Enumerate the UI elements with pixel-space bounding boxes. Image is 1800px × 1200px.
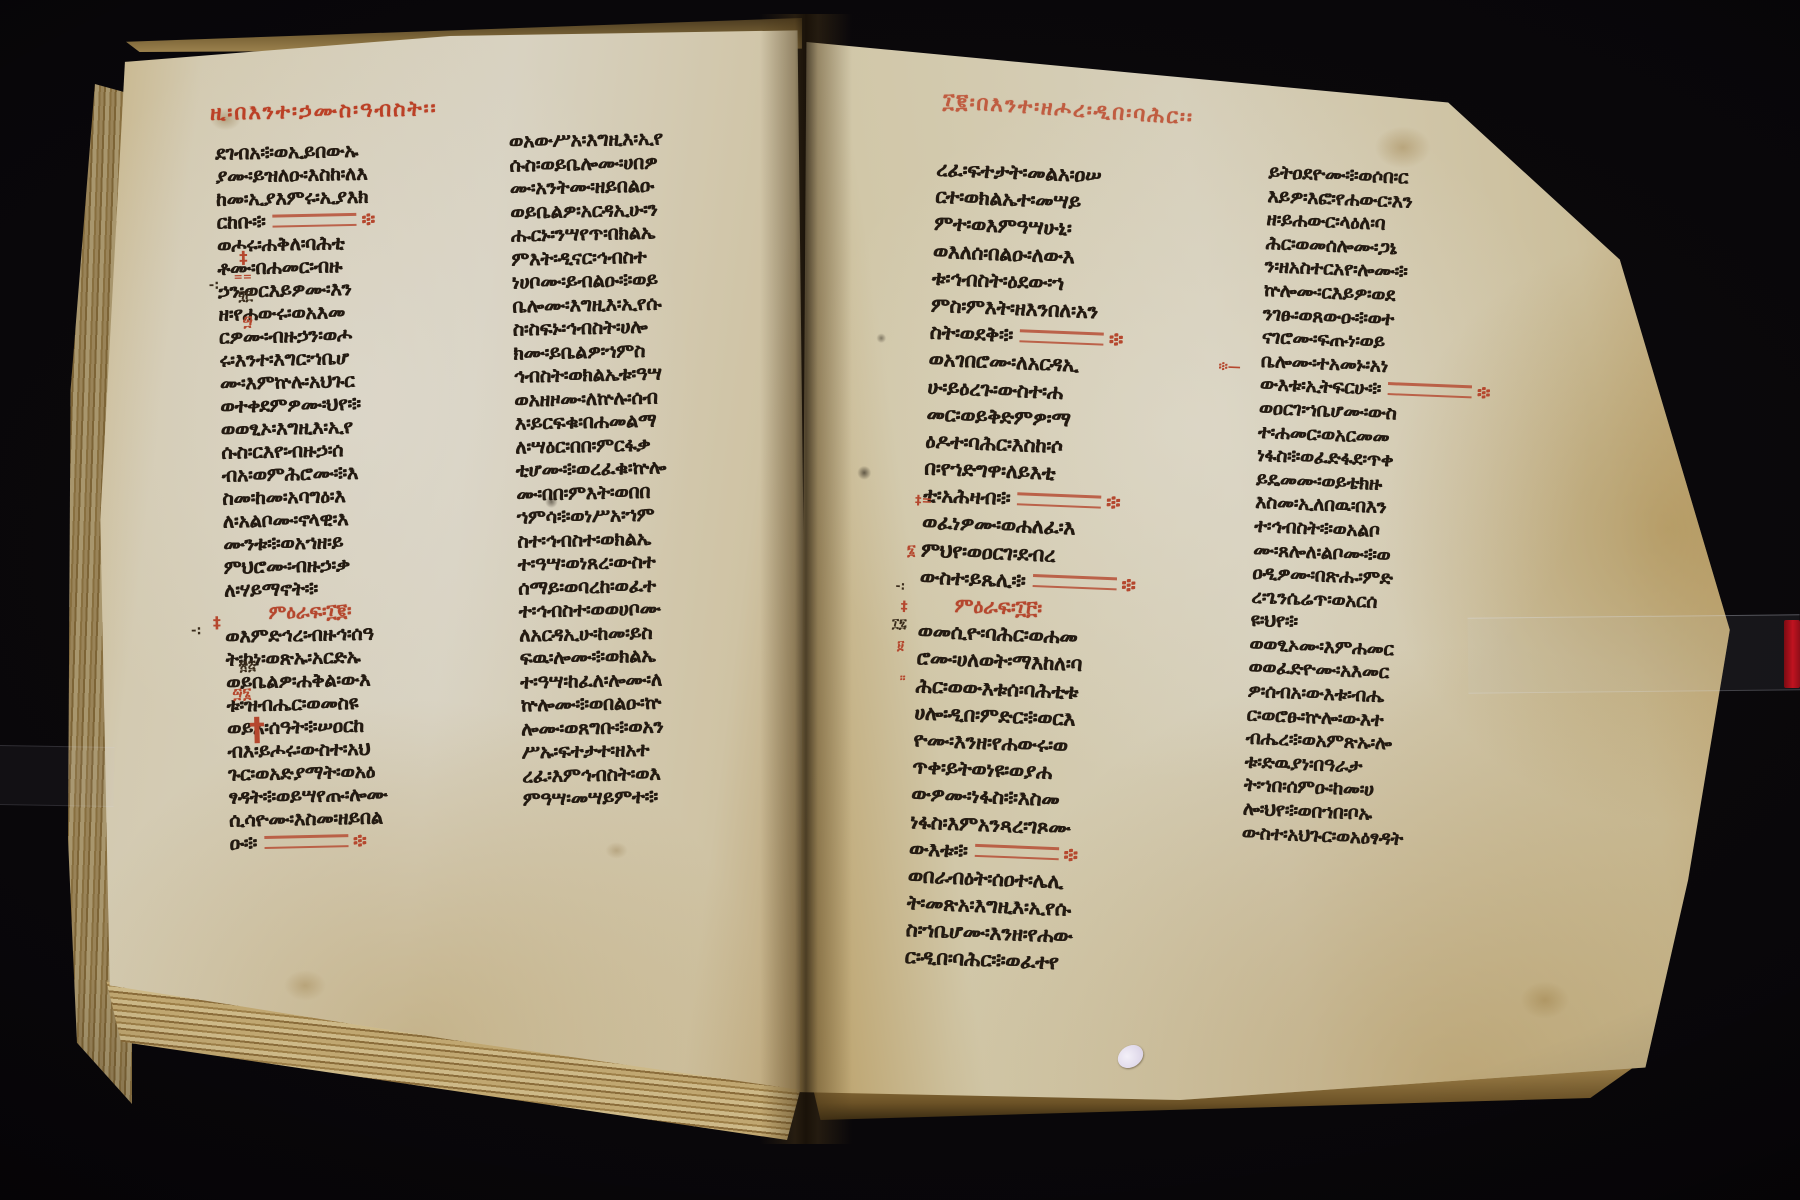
red-margin-mark: ==	[233, 270, 252, 283]
section-divider-rule	[264, 834, 348, 849]
margin-mark: ፳፭	[239, 658, 256, 674]
red-margin-mark: ፨—	[1218, 359, 1241, 375]
section-divider-rule	[272, 212, 356, 227]
margin-mark: -:	[209, 278, 220, 293]
red-margin-mark: ፵	[242, 312, 253, 330]
red-margin-mark: ‡	[900, 599, 908, 615]
section-divider-mark: ፨	[1476, 383, 1490, 405]
section-divider-rule	[1017, 492, 1101, 508]
right-page-text: ፲፪፡በእንተ፡ዘሖረ፡ዲበ፡ባሕር፡፡ ረፈ፡ፍተታት፡መልአ፡ዐሠርተ፡ወክ…	[751, 24, 1743, 1183]
section-divider-mark: ፨	[353, 830, 367, 852]
right-column-1: ረፈ፡ፍተታት፡መልአ፡ዐሠርተ፡ወክልኤተ፡መሣይምተ፡ወእምዓሣሁኒ፡ወእለ…	[904, 156, 1241, 983]
red-margin-mark: ፡፡	[900, 671, 906, 686]
red-margin-mark: †	[249, 710, 266, 748]
section-divider-rule	[1388, 382, 1472, 398]
section-divider-rule	[974, 844, 1058, 860]
left-margin-marks	[76, 11, 800, 26]
right-margin-marks	[796, 24, 1743, 62]
red-marker	[1784, 620, 1800, 688]
red-margin-mark: ‡	[239, 248, 248, 268]
left-page-text: ዚ፡በእንተ፡ኃሙስ፡ዓብስት፡፡ ደገብአ፨ወኢይበውኡያሙ፡ይዝለዑ፡እስከ…	[76, 11, 823, 1151]
margin-mark: -:	[191, 623, 202, 638]
left-page-heading: ዚ፡በእንተ፡ኃሙስ፡ዓብስት፡፡	[210, 96, 438, 126]
red-margin-mark: ፮	[907, 541, 916, 559]
red-margin-mark: ፵፮	[232, 684, 251, 702]
margin-mark: ፶፫	[238, 288, 253, 304]
section-divider-mark: ፨	[361, 208, 375, 230]
margin-mark: -:	[895, 578, 905, 592]
manuscript-photo: ዚ፡በእንተ፡ኃሙስ፡ዓብስት፡፡ ደገብአ፨ወኢይበውኡያሙ፡ይዝለዑ፡እስከ…	[0, 0, 1800, 1200]
section-divider-rule	[1020, 329, 1104, 345]
text-line: ዑ፨፨	[229, 827, 521, 856]
right-page-heading: ፲፪፡በእንተ፡ዘሖረ፡ዲበ፡ባሕር፡፡	[942, 88, 1194, 130]
red-margin-mark: ‡	[213, 613, 221, 632]
section-divider-mark: ፨	[1121, 572, 1136, 597]
red-margin-mark: ፱	[897, 639, 905, 654]
section-divider-rule	[1032, 574, 1116, 590]
right-column-2: ይትዐደዮሙ፨ወሶበ፡ርእይዎ፡እፎ፡የሐውር፡እንዘ፡ይሐውር፡ላዕለ፡ባሕር…	[1241, 161, 1566, 857]
margin-mark: ፲፯	[892, 616, 907, 632]
section-divider-mark: ፨	[1063, 842, 1078, 867]
section-divider-mark: ፨	[1108, 327, 1123, 352]
red-margin-mark: ‡=	[915, 493, 933, 509]
section-divider-mark: ፨	[1106, 490, 1121, 515]
